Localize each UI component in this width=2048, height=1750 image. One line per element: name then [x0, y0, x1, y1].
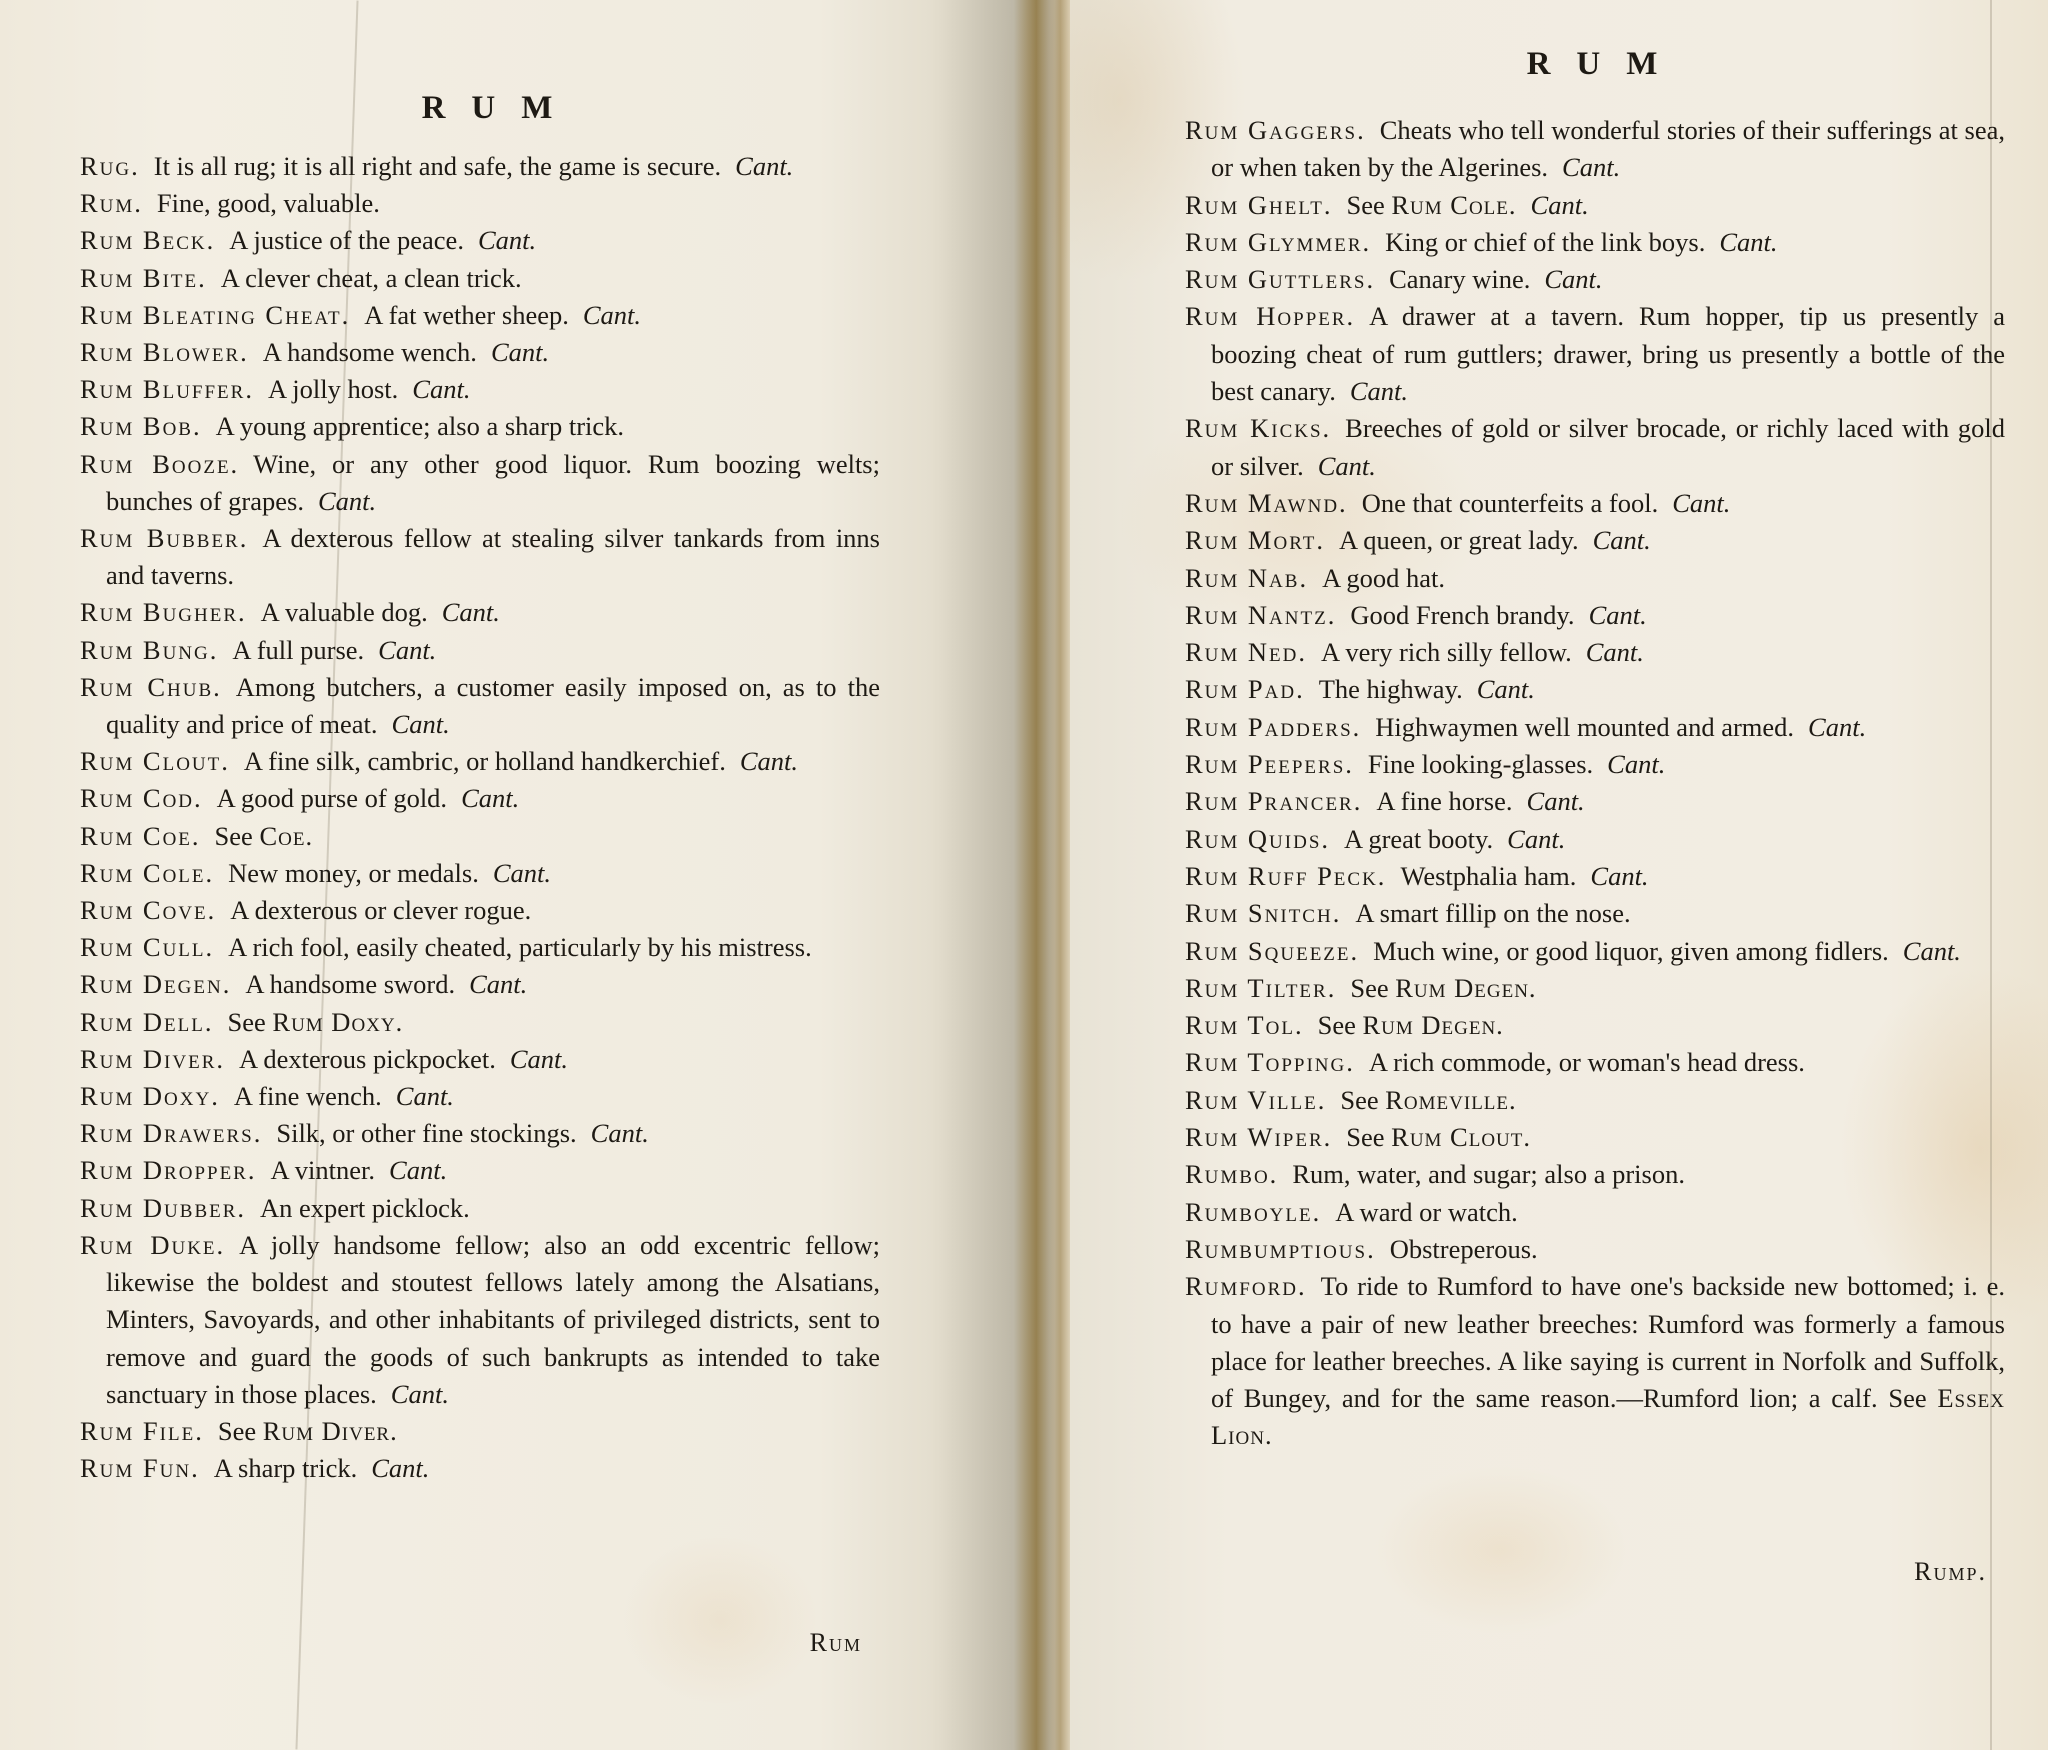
dictionary-entry: Rum Wiper.See Rum Clout. [1185, 1119, 2005, 1156]
entry-definition: A smart fillip on the nose. [1355, 898, 1630, 928]
entry-usage-label: Cant. [740, 746, 798, 776]
entry-headword: Rum Beck. [80, 225, 215, 255]
right-running-head: RUM [1185, 46, 2015, 83]
entry-usage-label: Cant. [1562, 152, 1620, 182]
entry-headword: Rumboyle. [1185, 1197, 1321, 1227]
entry-headword: Rum Cod. [80, 783, 203, 813]
entry-definition: A valuable dog. [261, 597, 428, 627]
entry-headword: Rum Cole. [80, 858, 214, 888]
entry-headword: Rum Pad. [1185, 674, 1305, 704]
dictionary-entry: Rum Cole.New money, or medals.Cant. [80, 855, 880, 892]
entry-definition: King or chief of the link boys. [1385, 227, 1705, 257]
dictionary-entry: Rum Coe.See Coe. [80, 818, 880, 855]
entry-usage-label: Cant. [1531, 190, 1589, 220]
entry-definition: A good purse of gold. [217, 783, 447, 813]
gutter-shadow [930, 0, 1070, 1750]
dictionary-entry: Rum Ville.See Romeville. [1185, 1082, 2005, 1119]
entry-definition: A handsome wench. [263, 337, 477, 367]
dictionary-entry: Rum Quids.A great booty.Cant. [1185, 821, 2005, 858]
dictionary-entry: Rum Diver.A dexterous pickpocket.Cant. [80, 1041, 880, 1078]
entry-definition: A fine silk, cambric, or holland handker… [244, 746, 726, 776]
dictionary-entry: Rum Bugher.A valuable dog.Cant. [80, 594, 880, 631]
entry-usage-label: Cant. [1903, 936, 1961, 966]
entry-cross-reference: Rum Degen. [1362, 1010, 1503, 1040]
entry-headword: Rum Peepers. [1185, 749, 1354, 779]
entry-cross-reference: Rum Diver. [263, 1416, 398, 1446]
entry-headword: Rum Bluffer. [80, 374, 254, 404]
dictionary-entry: Rum Clout.A fine silk, cambric, or holla… [80, 743, 880, 780]
dictionary-entry: Rumford.To ride to Rumford to have one's… [1185, 1268, 2005, 1454]
entry-headword: Rum Prancer. [1185, 786, 1362, 816]
entry-definition: A dexterous pickpocket. [239, 1044, 496, 1074]
dictionary-entry: Rumbo.Rum, water, and sugar; also a pris… [1185, 1156, 2005, 1193]
entry-usage-label: Cant. [1808, 712, 1866, 742]
entry-headword: Rum Bleating Cheat. [80, 300, 350, 330]
entry-definition: See [228, 1007, 266, 1037]
entry-definition: To ride to Rumford to have one's backsid… [1211, 1271, 2005, 1413]
entry-definition: See [1340, 1085, 1378, 1115]
entry-cross-reference: Rum Doxy. [272, 1007, 403, 1037]
entry-definition: A fat wether sheep. [364, 300, 569, 330]
dictionary-entry: Rumbumptious.Obstreperous. [1185, 1231, 2005, 1268]
entry-headword: Rum Dell. [80, 1007, 214, 1037]
entry-headword: Rum Cove. [80, 895, 216, 925]
dictionary-entry: Rum Ruff Peck.Westphalia ham.Cant. [1185, 858, 2005, 895]
entry-headword: Rum Nantz. [1185, 600, 1336, 630]
dictionary-entry: Rum Drawers.Silk, or other fine stocking… [80, 1115, 880, 1152]
entry-headword: Rum Diver. [80, 1044, 225, 1074]
entry-usage-label: Cant. [1586, 637, 1644, 667]
entry-definition: A very rich silly fellow. [1321, 637, 1572, 667]
entry-definition: See [1346, 1122, 1384, 1152]
entry-headword: Rum Booze. [80, 449, 239, 479]
left-entry-list: Rug.It is all rug; it is all right and s… [80, 148, 880, 1487]
entry-headword: Rum Wiper. [1185, 1122, 1332, 1152]
dictionary-entry: Rum Hopper.A drawer at a tavern. Rum hop… [1185, 298, 2005, 410]
entry-definition: A jolly host. [268, 374, 398, 404]
entry-usage-label: Cant. [1318, 451, 1376, 481]
dictionary-entry: Rum Fun.A sharp trick.Cant. [80, 1450, 880, 1487]
dictionary-entry: Rum Bleating Cheat.A fat wether sheep.Ca… [80, 297, 880, 334]
entry-usage-label: Cant. [583, 300, 641, 330]
entry-usage-label: Cant. [461, 783, 519, 813]
entry-definition: Among butchers, a customer easily impose… [106, 672, 880, 739]
entry-definition: Much wine, or good liquor, given among f… [1373, 936, 1889, 966]
entry-headword: Rum Doxy. [80, 1081, 220, 1111]
entry-usage-label: Cant. [1477, 674, 1535, 704]
entry-headword: Rum Gaggers. [1185, 115, 1366, 145]
entry-definition: A rich commode, or woman's head dress. [1369, 1047, 1805, 1077]
entry-definition: See [1350, 973, 1388, 1003]
entry-headword: Rumford. [1185, 1271, 1307, 1301]
entry-headword: Rum Tol. [1185, 1010, 1304, 1040]
dictionary-entry: Rug.It is all rug; it is all right and s… [80, 148, 880, 185]
dictionary-entry: Rum Snitch.A smart fillip on the nose. [1185, 895, 2005, 932]
entry-headword: Rum Bubber. [80, 523, 248, 553]
dictionary-entry: Rum.Fine, good, valuable. [80, 185, 880, 222]
entry-usage-label: Cant. [389, 1155, 447, 1185]
dictionary-entry: Rum Degen.A handsome sword.Cant. [80, 966, 880, 1003]
entry-headword: Rum Bugher. [80, 597, 247, 627]
dictionary-entry: Rum Ghelt.See Rum Cole.Cant. [1185, 187, 2005, 224]
entry-headword: Rum Ned. [1185, 637, 1307, 667]
entry-usage-label: Cant. [1593, 525, 1651, 555]
entry-headword: Rum Kicks. [1185, 413, 1331, 443]
entry-definition: Good French brandy. [1350, 600, 1574, 630]
entry-headword: Rum Fun. [80, 1453, 200, 1483]
entry-usage-label: Cant. [735, 151, 793, 181]
dictionary-entry: Rum Dropper.A vintner.Cant. [80, 1152, 880, 1189]
entry-usage-label: Cant. [1590, 861, 1648, 891]
entry-headword: Rum Mort. [1185, 525, 1325, 555]
entry-usage-label: Cant. [412, 374, 470, 404]
dictionary-entry: Rum Doxy.A fine wench.Cant. [80, 1078, 880, 1115]
entry-definition: A justice of the peace. [229, 225, 464, 255]
entry-definition: A fine horse. [1376, 786, 1512, 816]
entry-definition: See [218, 1416, 256, 1446]
entry-definition: Westphalia ham. [1400, 861, 1576, 891]
dictionary-entry: Rum Chub.Among butchers, a customer easi… [80, 669, 880, 743]
entry-cross-reference: Romeville. [1385, 1085, 1516, 1115]
dictionary-entry: Rum Prancer.A fine horse.Cant. [1185, 783, 2005, 820]
entry-usage-label: Cant. [1589, 600, 1647, 630]
entry-definition: A sharp trick. [214, 1453, 358, 1483]
entry-headword: Rum Guttlers. [1185, 264, 1375, 294]
entry-definition: One that counterfeits a fool. [1362, 488, 1659, 518]
entry-headword: Rum File. [80, 1416, 204, 1446]
entry-headword: Rum Cull. [80, 932, 214, 962]
dictionary-entry: Rum Bluffer.A jolly host.Cant. [80, 371, 880, 408]
entry-headword: Rum Quids. [1185, 824, 1330, 854]
entry-usage-label: Cant. [1544, 264, 1602, 294]
entry-headword: Rum Ville. [1185, 1085, 1326, 1115]
dictionary-entry: Rum Bite.A clever cheat, a clean trick. [80, 260, 880, 297]
entry-usage-label: Cant. [1507, 824, 1565, 854]
entry-definition: Rum, water, and sugar; also a prison. [1292, 1159, 1685, 1189]
entry-usage-label: Cant. [1527, 786, 1585, 816]
dictionary-entry: Rum Ned.A very rich silly fellow.Cant. [1185, 634, 2005, 671]
entry-headword: Rum Drawers. [80, 1118, 262, 1148]
entry-usage-label: Cant. [591, 1118, 649, 1148]
entry-definition: Silk, or other fine stockings. [276, 1118, 576, 1148]
entry-headword: Rum Hopper. [1185, 301, 1355, 331]
entry-cross-reference: Rum Clout. [1391, 1122, 1531, 1152]
dictionary-entry: Rum Pad.The highway.Cant. [1185, 671, 2005, 708]
entry-headword: Rum Ruff Peck. [1185, 861, 1386, 891]
entry-headword: Rum Duke. [80, 1230, 225, 1260]
dictionary-entry: Rum Squeeze.Much wine, or good liquor, g… [1185, 933, 2005, 970]
entry-definition: A ward or watch. [1335, 1197, 1518, 1227]
dictionary-entry: Rum Blower.A handsome wench.Cant. [80, 334, 880, 371]
entry-headword: Rumbumptious. [1185, 1234, 1376, 1264]
dictionary-entry: Rum Padders.Highwaymen well mounted and … [1185, 709, 2005, 746]
entry-usage-label: Cant. [371, 1453, 429, 1483]
entry-headword: Rug. [80, 151, 140, 181]
entry-cross-reference: Coe. [259, 821, 313, 851]
dictionary-entry: Rum Tilter.See Rum Degen. [1185, 970, 2005, 1007]
dictionary-entry: Rum Nab.A good hat. [1185, 560, 2005, 597]
entry-headword: Rum Degen. [80, 969, 231, 999]
entry-headword: Rum Bung. [80, 635, 218, 665]
entry-usage-label: Cant. [1350, 376, 1408, 406]
dictionary-entry: Rum Cove.A dexterous or clever rogue. [80, 892, 880, 929]
entry-definition: A young apprentice; also a sharp trick. [216, 411, 624, 441]
left-running-head: RUM [80, 90, 900, 127]
dictionary-entry: Rum Cull.A rich fool, easily cheated, pa… [80, 929, 880, 966]
entry-definition: An expert picklock. [260, 1193, 470, 1223]
entry-definition: Fine looking-glasses. [1368, 749, 1593, 779]
dictionary-entry: Rum Cod.A good purse of gold.Cant. [80, 780, 880, 817]
entry-usage-label: Cant. [493, 858, 551, 888]
entry-usage-label: Cant. [378, 635, 436, 665]
entry-definition: A vintner. [271, 1155, 376, 1185]
entry-headword: Rum Dropper. [80, 1155, 257, 1185]
dictionary-entry: Rum Tol.See Rum Degen. [1185, 1007, 2005, 1044]
entry-headword: Rum Chub. [80, 672, 222, 702]
entry-headword: Rum Blower. [80, 337, 249, 367]
entry-usage-label: Cant. [1607, 749, 1665, 779]
entry-usage-label: Cant. [469, 969, 527, 999]
book-spread: RUM Rug.It is all rug; it is all right a… [0, 0, 2048, 1750]
entry-headword: Rum Squeeze. [1185, 936, 1359, 966]
dictionary-entry: Rum Topping.A rich commode, or woman's h… [1185, 1044, 2005, 1081]
dictionary-entry: Rum Nantz.Good French brandy.Cant. [1185, 597, 2005, 634]
dictionary-entry: Rum Mawnd.One that counterfeits a fool.C… [1185, 485, 2005, 522]
entry-headword: Rum Snitch. [1185, 898, 1341, 928]
entry-headword: Rum Clout. [80, 746, 230, 776]
entry-definition: A rich fool, easily cheated, particularl… [228, 932, 812, 962]
entry-usage-label: Cant. [442, 597, 500, 627]
entry-definition: It is all rug; it is all right and safe,… [154, 151, 721, 181]
right-entry-list: Rum Gaggers.Cheats who tell wonderful st… [1185, 112, 2005, 1455]
entry-headword: Rum Nab. [1185, 563, 1308, 593]
dictionary-entry: Rum Dubber.An expert picklock. [80, 1190, 880, 1227]
entry-definition: A full purse. [232, 635, 364, 665]
entry-headword: Rum Topping. [1185, 1047, 1355, 1077]
entry-usage-label: Cant. [1672, 488, 1730, 518]
entry-definition: A queen, or great lady. [1339, 525, 1579, 555]
entry-headword: Rum Dubber. [80, 1193, 246, 1223]
entry-definition: A dexterous or clever rogue. [230, 895, 531, 925]
entry-headword: Rum Mawnd. [1185, 488, 1348, 518]
entry-definition: New money, or medals. [228, 858, 479, 888]
dictionary-entry: Rum Booze.Wine, or any other good liquor… [80, 446, 880, 520]
left-catchword: Rum [810, 1628, 862, 1658]
entry-usage-label: Cant. [478, 225, 536, 255]
entry-usage-label: Cant. [1719, 227, 1777, 257]
entry-definition: A fine wench. [234, 1081, 382, 1111]
entry-usage-label: Cant. [391, 1379, 449, 1409]
dictionary-entry: Rum Duke.A jolly handsome fellow; also a… [80, 1227, 880, 1413]
dictionary-entry: Rum Mort.A queen, or great lady.Cant. [1185, 522, 2005, 559]
entry-headword: Rum Tilter. [1185, 973, 1336, 1003]
entry-usage-label: Cant. [491, 337, 549, 367]
entry-headword: Rum Bite. [80, 263, 207, 293]
entry-headword: Rum Bob. [80, 411, 202, 441]
entry-cross-reference: Rum Degen. [1395, 973, 1536, 1003]
dictionary-entry: Rum Kicks.Breeches of gold or silver bro… [1185, 410, 2005, 485]
entry-headword: Rum Padders. [1185, 712, 1361, 742]
entry-headword: Rumbo. [1185, 1159, 1278, 1189]
dictionary-entry: Rum Dell.See Rum Doxy. [80, 1004, 880, 1041]
entry-usage-label: Cant. [392, 709, 450, 739]
entry-usage-label: Cant. [318, 486, 376, 516]
entry-headword: Rum. [80, 188, 143, 218]
entry-definition: The highway. [1319, 674, 1463, 704]
entry-definition: Highwaymen well mounted and armed. [1375, 712, 1794, 742]
entry-usage-label: Cant. [510, 1044, 568, 1074]
entry-definition: See [215, 821, 253, 851]
dictionary-entry: Rum Glymmer.King or chief of the link bo… [1185, 224, 2005, 261]
dictionary-entry: Rum File.See Rum Diver. [80, 1413, 880, 1450]
entry-headword: Rum Glymmer. [1185, 227, 1371, 257]
entry-headword: Rum Coe. [80, 821, 201, 851]
entry-definition: Fine, good, valuable. [157, 188, 380, 218]
dictionary-entry: Rum Guttlers.Canary wine.Cant. [1185, 261, 2005, 298]
dictionary-entry: Rum Peepers.Fine looking-glasses.Cant. [1185, 746, 2005, 783]
dictionary-entry: Rum Bung.A full purse.Cant. [80, 632, 880, 669]
entry-definition: See [1318, 1010, 1356, 1040]
dictionary-entry: Rum Gaggers.Cheats who tell wonderful st… [1185, 112, 2005, 187]
entry-definition: A handsome sword. [245, 969, 455, 999]
entry-definition: A good hat. [1322, 563, 1445, 593]
entry-definition: A great booty. [1344, 824, 1493, 854]
right-catchword: Rump. [1914, 1557, 1987, 1587]
entry-definition: A clever cheat, a clean trick. [221, 263, 522, 293]
dictionary-entry: Rum Beck.A justice of the peace.Cant. [80, 222, 880, 259]
entry-definition: Canary wine. [1389, 264, 1530, 294]
entry-definition: See [1346, 190, 1384, 220]
entry-usage-label: Cant. [396, 1081, 454, 1111]
entry-headword: Rum Ghelt. [1185, 190, 1332, 220]
entry-cross-reference: Rum Cole. [1391, 190, 1516, 220]
dictionary-entry: Rum Bob.A young apprentice; also a sharp… [80, 408, 880, 445]
entry-definition: Obstreperous. [1390, 1234, 1538, 1264]
dictionary-entry: Rum Bubber.A dexterous fellow at stealin… [80, 520, 880, 594]
dictionary-entry: Rumboyle.A ward or watch. [1185, 1194, 2005, 1231]
